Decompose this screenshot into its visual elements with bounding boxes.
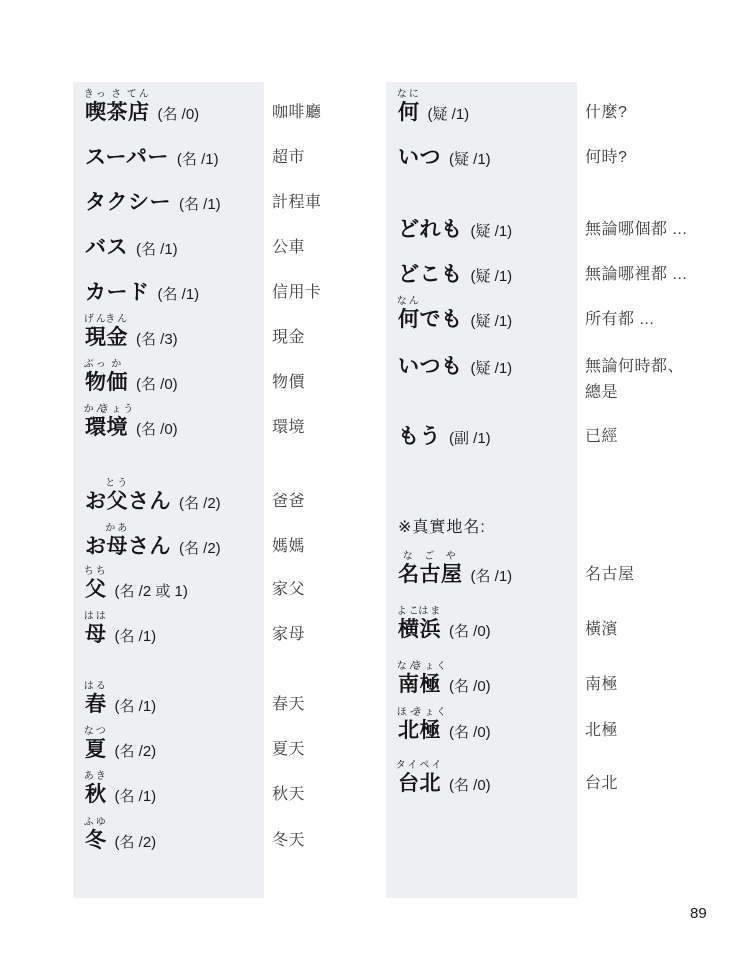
pos-tag: (名 /1): [115, 788, 157, 805]
furigana: かあ: [105, 524, 129, 534]
vocab-word: 現げん金きん: [85, 326, 128, 349]
word-segment: 喫きっ: [85, 101, 107, 125]
word-segment: 店てん: [128, 101, 150, 125]
vocab-word: いつも: [398, 355, 463, 378]
word-segment: いつ: [398, 146, 441, 170]
vocab-word: お父とうさん: [85, 490, 171, 513]
word-segment: 春はる: [85, 693, 107, 717]
pos-tag: (名 /1): [177, 151, 219, 168]
meaning-text: 何時?: [585, 145, 627, 171]
pos-tag: (名 /2): [115, 834, 157, 851]
word-segment: 父とう: [107, 490, 129, 514]
meaning-text: 環境: [272, 415, 305, 441]
vocab-entry: 何なんでも(疑 /1): [398, 308, 512, 334]
vocab-word: 何なんでも: [398, 308, 463, 331]
vocab-word: 南なん極きょく: [398, 673, 441, 696]
vocab-word: 何なに: [398, 101, 420, 124]
meaning-text: 咖啡廳: [272, 100, 322, 126]
pos-tag: (疑 /1): [449, 151, 491, 168]
meaning-text: 橫濱: [585, 617, 618, 643]
vocab-entry: お母かあさん(名 /2): [85, 535, 221, 561]
furigana: きょく: [412, 708, 448, 718]
furigana: か: [111, 360, 123, 370]
furigana: さ: [111, 90, 123, 100]
meaning-text: 家父: [272, 577, 305, 603]
meaning-text: 爸爸: [272, 489, 305, 515]
vocab-entry: 台北タイペイ(名 /0): [398, 772, 491, 798]
vocab-entry: 北ほっ極きょく(名 /0): [398, 719, 491, 745]
word-segment: タクシー: [85, 191, 171, 215]
meaning-text: 公車: [272, 235, 305, 261]
pos-tag: (名 /0): [158, 106, 200, 123]
vocab-entry: 環かん境きょう(名 /0): [85, 416, 178, 442]
meaning-text: 秋天: [272, 782, 305, 808]
word-segment: 浜はま: [420, 618, 442, 642]
furigana: な: [403, 552, 415, 562]
vocab-entry: 名な古ご屋や(名 /1): [398, 563, 512, 589]
pos-tag: (名 /0): [136, 376, 178, 393]
vocab-word: 横よこ浜はま: [398, 618, 441, 641]
vocab-entry: いつも(疑 /1): [398, 355, 512, 381]
vocab-word: お母かあさん: [85, 535, 171, 558]
vocab-word: 環かん境きょう: [85, 416, 128, 439]
section-note: ※真實地名:: [398, 516, 486, 540]
furigana: はは: [84, 612, 108, 622]
meaning-text: 無論哪個都 ...: [585, 217, 687, 243]
meaning-text: 計程車: [272, 190, 322, 216]
meaning-text: 南極: [585, 672, 618, 698]
vocab-entry: お父とうさん(名 /2): [85, 490, 221, 516]
furigana: きん: [105, 315, 129, 325]
furigana: はま: [418, 607, 442, 617]
meaning-text: 台北: [585, 771, 618, 797]
pos-tag: (名 /0): [449, 623, 491, 640]
pos-tag: (疑 /1): [471, 268, 513, 285]
meaning-text: 媽媽: [272, 534, 305, 560]
vocab-word: 喫きっ茶さ店てん: [85, 101, 150, 124]
meaning-text: 信用卡: [272, 280, 322, 306]
furigana: なん: [397, 297, 421, 307]
word-segment: 横よこ: [398, 618, 420, 642]
vocab-entry: もう(副 /1): [398, 425, 491, 451]
vocab-word: カード: [85, 281, 150, 304]
word-segment: 極きょく: [420, 673, 442, 697]
meaning-text: 家母: [272, 622, 305, 648]
word-segment: どこも: [398, 263, 463, 287]
word-segment: 名な: [398, 563, 420, 587]
word-segment: 秋あき: [85, 783, 107, 807]
pos-tag: (名 /2): [179, 495, 221, 512]
word-segment: 金きん: [107, 326, 129, 350]
word-segment: もう: [398, 425, 441, 449]
pos-tag: (副 /1): [449, 430, 491, 447]
vocab-word: スーパー: [85, 146, 169, 169]
meaning-text: 什麼?: [585, 100, 627, 126]
furigana: タイペイ: [396, 761, 444, 771]
vocab-entry: 横よこ浜はま(名 /0): [398, 618, 491, 644]
word-segment: カード: [85, 281, 150, 305]
word-segment: 北ほっ: [398, 719, 420, 743]
meaning-text: 現金: [272, 325, 305, 351]
vocab-word: 冬ふゆ: [85, 829, 107, 852]
vocab-entry: 南なん極きょく(名 /0): [398, 673, 491, 699]
word-segment: いつも: [398, 355, 463, 379]
pos-tag: (名 /0): [449, 678, 491, 695]
vocab-entry: バス(名 /1): [85, 236, 178, 262]
vocab-word: 台北タイペイ: [398, 772, 441, 795]
word-segment: お: [85, 490, 107, 514]
furigana: なに: [397, 90, 421, 100]
word-segment: 母はは: [85, 623, 107, 647]
vocab-word: タクシー: [85, 191, 171, 214]
word-segment: でも: [420, 308, 463, 332]
vocab-entry: 喫きっ茶さ店てん(名 /0): [85, 101, 199, 127]
vocab-word: 北ほっ極きょく: [398, 719, 441, 742]
furigana: や: [446, 552, 458, 562]
vocab-entry: 春はる(名 /1): [85, 693, 156, 719]
vocab-entry: いつ(疑 /1): [398, 146, 491, 172]
word-segment: どれも: [398, 218, 463, 242]
word-segment: 屋や: [441, 563, 463, 587]
word-segment: さん: [128, 535, 171, 559]
pos-tag: (名 /1): [115, 628, 157, 645]
word-segment: 母かあ: [107, 535, 129, 559]
vocab-entry: どこも(疑 /1): [398, 263, 512, 289]
meaning-text: 無論何時都、 總是: [585, 354, 684, 406]
meaning-text: 冬天: [272, 828, 305, 854]
vocab-entry: 秋あき(名 /1): [85, 783, 156, 809]
vocab-entry: 物ぶっ価か(名 /0): [85, 371, 178, 397]
meaning-text: 無論哪裡都 ...: [585, 262, 687, 288]
meaning-text: 物價: [272, 370, 305, 396]
vocab-entry: 現げん金きん(名 /3): [85, 326, 178, 352]
word-segment: 極きょく: [420, 719, 442, 743]
pos-tag: (名 /2 或 1): [115, 583, 188, 600]
word-segment: 何なん: [398, 308, 420, 332]
word-segment: 境きょう: [107, 416, 129, 440]
word-segment: スーパー: [85, 146, 169, 170]
meaning-text: 春天: [272, 692, 305, 718]
word-segment: 台北タイペイ: [398, 772, 441, 796]
vocab-entry: 母はは(名 /1): [85, 623, 156, 649]
word-segment: 環かん: [85, 416, 107, 440]
pos-tag: (名 /1): [136, 241, 178, 258]
furigana: なつ: [84, 727, 108, 737]
vocab-entry: カード(名 /1): [85, 281, 199, 307]
vocab-word: 名な古ご屋や: [398, 563, 463, 586]
vocab-entry: タクシー(名 /1): [85, 191, 221, 217]
meaning-text: 超市: [272, 145, 305, 171]
word-segment: バス: [85, 236, 128, 260]
pos-tag: (名 /0): [136, 421, 178, 438]
pos-tag: (名 /2): [115, 743, 157, 760]
word-segment: さん: [128, 490, 171, 514]
furigana: てん: [127, 90, 151, 100]
meaning-text: 北極: [585, 718, 618, 744]
meaning-text: 名古屋: [585, 562, 635, 588]
word-segment: 父ちち: [85, 578, 107, 602]
vocab-entry: どれも(疑 /1): [398, 218, 512, 244]
word-segment: 夏なつ: [85, 738, 107, 762]
pos-tag: (疑 /1): [471, 313, 513, 330]
pos-tag: (疑 /1): [471, 360, 513, 377]
vocab-word: 父ちち: [85, 578, 107, 601]
furigana: きょく: [412, 662, 448, 672]
vocab-word: 母はは: [85, 623, 107, 646]
word-segment: 茶さ: [107, 101, 129, 125]
vocab-word: 春はる: [85, 693, 107, 716]
furigana: ぶっ: [84, 360, 108, 370]
vocab-entry: 冬ふゆ(名 /2): [85, 829, 156, 855]
pos-tag: (名 /2): [179, 540, 221, 557]
vocab-word: いつ: [398, 146, 441, 169]
meaning-text: 已經: [585, 424, 618, 450]
page-number: 89: [690, 905, 707, 922]
word-segment: 物ぶっ: [85, 371, 107, 395]
vocab-word: 夏なつ: [85, 738, 107, 761]
furigana: はる: [84, 682, 108, 692]
word-segment: 何なに: [398, 101, 420, 125]
word-segment: 現げん: [85, 326, 107, 350]
pos-tag: (名 /1): [158, 286, 200, 303]
vocab-word: 物ぶっ価か: [85, 371, 128, 394]
vocab-word: どれも: [398, 218, 463, 241]
pos-tag: (名 /1): [115, 698, 157, 715]
word-segment: 南なん: [398, 673, 420, 697]
furigana: よこ: [397, 607, 421, 617]
vocab-entry: 夏なつ(名 /2): [85, 738, 156, 764]
furigana: げん: [84, 315, 108, 325]
furigana: きょう: [99, 405, 135, 415]
pos-tag: (疑 /1): [428, 106, 470, 123]
furigana: とう: [105, 479, 129, 489]
word-segment: お: [85, 535, 107, 559]
vocab-entry: スーパー(名 /1): [85, 146, 219, 172]
word-segment: 価か: [107, 371, 129, 395]
vocab-entry: 父ちち(名 /2 或 1): [85, 578, 188, 604]
meaning-text: 所有都 ...: [585, 307, 654, 333]
word-segment: 冬ふゆ: [85, 829, 107, 853]
furigana: きっ: [84, 90, 108, 100]
pos-tag: (名 /1): [179, 196, 221, 213]
furigana: あき: [84, 772, 108, 782]
vocab-word: 秋あき: [85, 783, 107, 806]
pos-tag: (名 /3): [136, 331, 178, 348]
vocab-entry: 何なに(疑 /1): [398, 101, 469, 127]
furigana: ご: [424, 552, 436, 562]
vocab-word: バス: [85, 236, 128, 259]
furigana: ふゆ: [84, 818, 108, 828]
word-segment: 古ご: [420, 563, 442, 587]
vocab-word: どこも: [398, 263, 463, 286]
furigana: ちち: [84, 567, 108, 577]
meaning-text: 夏天: [272, 737, 305, 763]
pos-tag: (疑 /1): [471, 223, 513, 240]
vocab-word: もう: [398, 425, 441, 448]
pos-tag: (名 /1): [471, 568, 513, 585]
pos-tag: (名 /0): [449, 724, 491, 741]
pos-tag: (名 /0): [449, 777, 491, 794]
